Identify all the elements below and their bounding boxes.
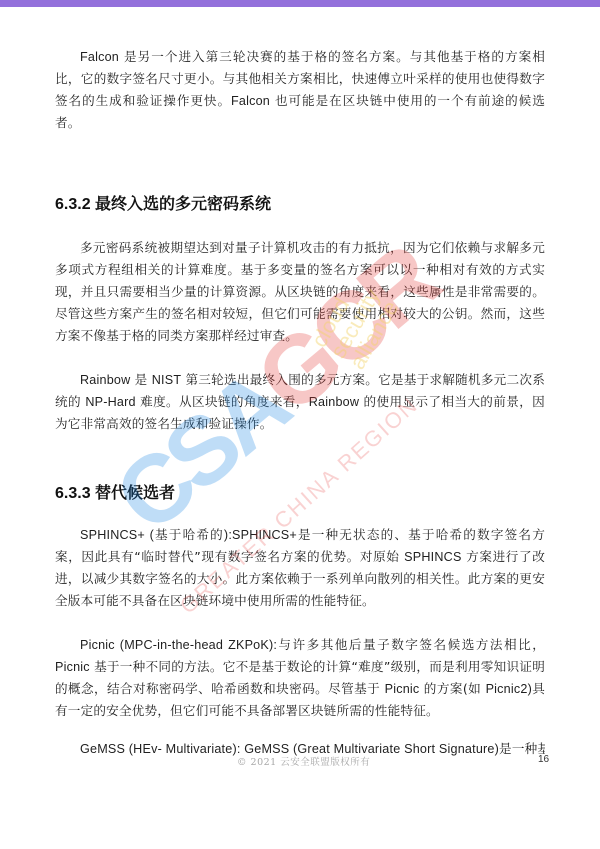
text: 的方案(如 xyxy=(419,681,485,696)
paragraph-rainbow: Rainbow 是 NIST 第三轮选出最终入围的多元方案。它是基于求解随机多元… xyxy=(55,369,545,435)
term-falcon: Falcon xyxy=(80,50,119,64)
term-picnic: Picnic xyxy=(385,682,420,696)
paragraph-multivariate: 多元密码系统被期望达到对量子计算机攻击的有力抵抗，因为它们依赖与求解多元多项式方… xyxy=(55,237,545,347)
paragraph-falcon: Falcon 是另一个进入第三轮决赛的基于格的签名方案。与其他基于格的方案相比，… xyxy=(55,46,545,134)
term-picnic2: Picnic2) xyxy=(486,682,532,696)
term-rainbow: Rainbow xyxy=(80,373,130,387)
term-picnic: Picnic (MPC-in-the-head ZKPoK): xyxy=(80,638,277,652)
paragraph-picnic: Picnic (MPC-in-the-head ZKPoK):与许多其他后量子数… xyxy=(55,634,545,722)
text: 与许多其他后量子数字签名候选方法相比， xyxy=(277,637,545,652)
section-heading-6-3-2: 6.3.2 最终入选的多元密码系统 xyxy=(55,191,271,214)
term-sphincs: SPHINCS xyxy=(404,550,461,564)
term-falcon: Falcon xyxy=(231,94,270,108)
term-nist: NIST xyxy=(152,373,182,387)
text: 基于哈希的 xyxy=(154,527,224,542)
text: 是 xyxy=(130,372,151,387)
paragraph-sphincs: SPHINCS+ (基于哈希的):SPHINCS+是一种无状态的、基于哈希的数字… xyxy=(55,524,545,612)
term-sphincs: ):SPHINCS+ xyxy=(224,528,297,542)
footer-copyright: © 2021 云安全联盟版权所有 xyxy=(237,754,370,768)
term-rainbow: Rainbow xyxy=(309,395,359,409)
term-sphincs: SPHINCS+ ( xyxy=(80,528,154,542)
text: 难度。从区块链的角度来看， xyxy=(136,394,309,409)
document-page: Falcon 是另一个进入第三轮决赛的基于格的签名方案。与其他基于格的方案相比，… xyxy=(0,0,600,849)
term-picnic: Picnic xyxy=(55,660,90,674)
term-np-hard: NP-Hard xyxy=(85,395,135,409)
section-heading-6-3-3: 6.3.3 替代候选者 xyxy=(55,480,175,503)
page-number: 16 xyxy=(538,754,549,765)
